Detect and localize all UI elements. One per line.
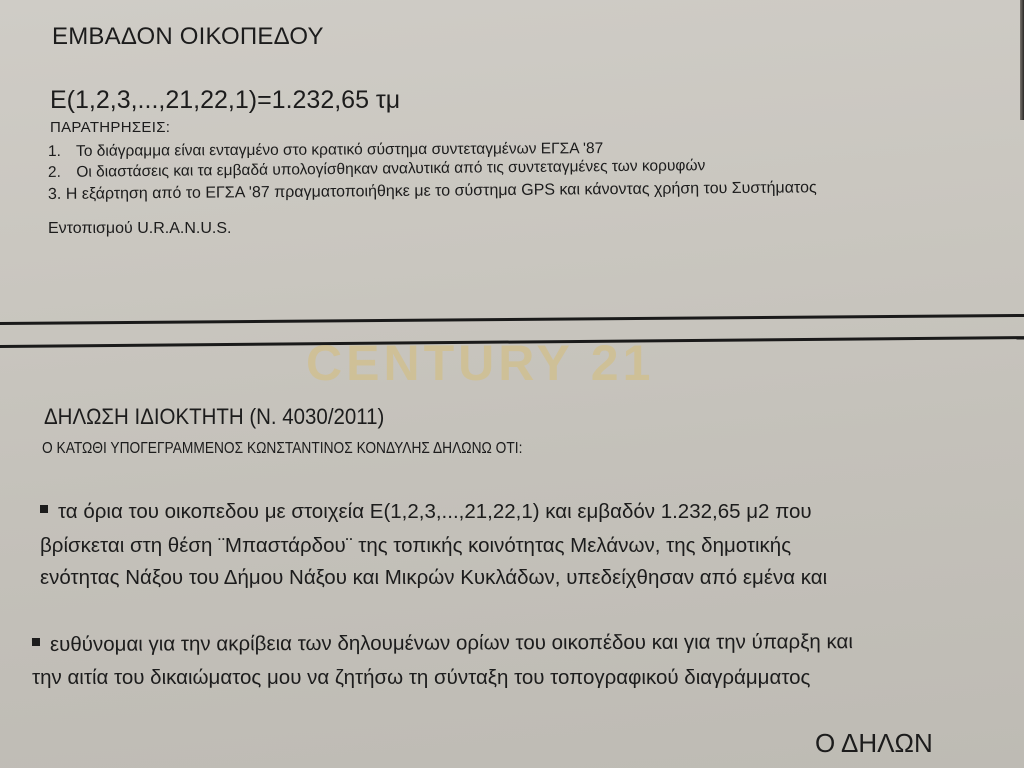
- signature-label: Ο ΔΗΛΩΝ: [815, 728, 933, 759]
- paper-edge-shadow: [1020, 0, 1024, 120]
- bullet-1-line-2: βρίσκεται στη θέση ¨Μπαστάρδου¨ της τοπι…: [40, 534, 791, 558]
- square-bullet-icon: [32, 638, 40, 646]
- declaration-subtitle: Ο ΚΑΤΩΘΙ ΥΠΟΓΕΓΡΑΜΜΕΝΟΣ ΚΩΝΣΤΑΝΤΙΝΟΣ ΚΟΝ…: [42, 440, 522, 458]
- bullet-2-line-1: ευθύνομαι για την ακρίβεια των δηλουμένω…: [32, 630, 853, 657]
- bullet-1-line-1: τα όρια του οικοπεδου με στοιχεία Ε(1,2,…: [40, 500, 812, 524]
- square-bullet-icon: [40, 505, 48, 513]
- remark-number: 3.: [48, 186, 61, 203]
- remark-3: 3. Η εξάρτηση από το ΕΓΣΑ '87 πραγματοπο…: [48, 179, 817, 204]
- bullet-2-line-2: την αιτία του δικαιώματος μου να ζητήσω …: [32, 666, 810, 690]
- century21-watermark: CENTURY 21: [306, 334, 654, 392]
- bullet-text: ευθύνομαι για την ακρίβεια των δηλουμένω…: [50, 630, 853, 656]
- remark-text: Οι διαστάσεις και τα εμβαδά υπολογίσθηκα…: [76, 157, 705, 181]
- remark-number: 2.: [48, 164, 72, 182]
- declaration-title: ΔΗΛΩΣΗ ΙΔΙΟΚΤΗΤΗ (Ν. 4030/2011): [44, 404, 384, 430]
- remark-text: Το διάγραμμα είναι ενταγμένο στο κρατικό…: [76, 140, 603, 160]
- document-title: ΕΜΒΑΔΟΝ ΟΙΚΟΠΕΔΟΥ: [52, 23, 324, 51]
- remark-text: Η εξάρτηση από το ΕΓΣΑ '87 πραγματοποιήθ…: [66, 179, 817, 203]
- remark-2: 2. Οι διαστάσεις και τα εμβαδά υπολογίσθ…: [48, 157, 705, 182]
- bullet-1-line-3: ενότητας Νάξου του Δήμου Νάξου και Μικρώ…: [40, 566, 827, 590]
- divider-line: [0, 314, 1024, 325]
- remark-1: 1. Το διάγραμμα είναι ενταγμένο στο κρατ…: [48, 140, 603, 161]
- area-formula: Ε(1,2,3,...,21,22,1)=1.232,65 τμ: [50, 86, 400, 115]
- remark-3-continuation: Εντοπισμού U.R.A.N.U.S.: [48, 220, 231, 238]
- bullet-text: τα όρια του οικοπεδου με στοιχεία Ε(1,2,…: [58, 500, 812, 523]
- remarks-heading: ΠΑΡΑΤΗΡΗΣΕΙΣ:: [50, 119, 170, 136]
- remark-number: 1.: [48, 143, 72, 161]
